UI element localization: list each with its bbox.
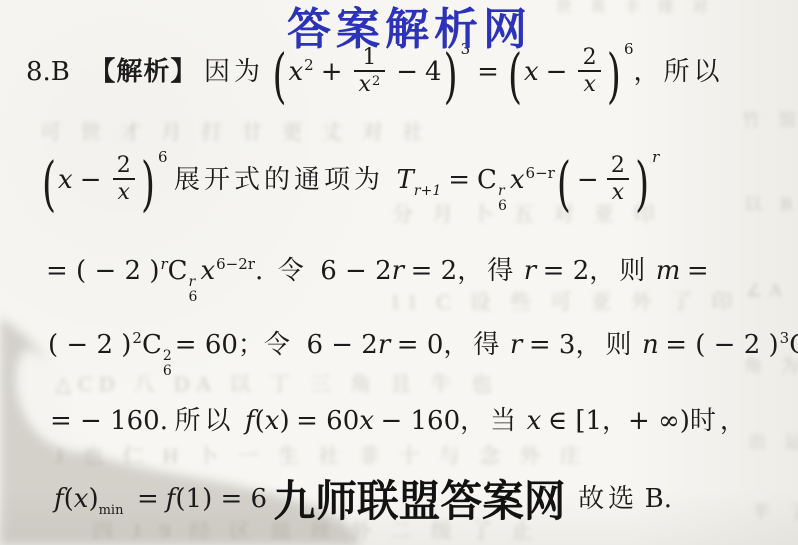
- math-token: =: [477, 57, 499, 87]
- math-token: x: [58, 165, 73, 195]
- paren: ): [607, 48, 621, 107]
- math-token: x: [265, 406, 280, 436]
- math-token: (: [255, 406, 265, 436]
- solution-line-6: f(x)min =f(1) = 6九师联盟答案网故选 B.: [54, 468, 672, 529]
- math-token: C: [142, 330, 162, 360]
- solution-line-3: = ( − 2 )rCr6x6−2r. 令 6 − 2r = 2，得 r = 2…: [46, 250, 709, 304]
- math-token: ): [88, 484, 98, 514]
- math-token: 2: [304, 56, 314, 74]
- fraction: 2x: [578, 45, 600, 98]
- math-token: C: [168, 256, 188, 286]
- math-token: −: [546, 57, 568, 87]
- ghost-text: 竹 馆: [742, 106, 798, 132]
- solution-line-2: (x−2x)6 展开式的通项为 Tr+1=Cr6x6−r(−2x)r: [40, 148, 659, 213]
- analysis-tag: 【解析】: [89, 57, 197, 86]
- math-token: .: [255, 256, 263, 286]
- fraction: 2x: [113, 153, 135, 206]
- binom-coefficient: r6: [189, 275, 198, 304]
- paren: ): [141, 156, 155, 215]
- paren: (: [42, 156, 56, 215]
- math-token: −: [577, 165, 599, 195]
- math-token: f: [245, 406, 255, 436]
- math-token: x: [200, 256, 215, 286]
- math-token: 故选: [578, 484, 638, 513]
- math-token: 6 − 2: [320, 256, 391, 286]
- math-token: r: [510, 330, 522, 360]
- question-number: 8.B: [26, 57, 70, 87]
- math-token: = ( − 2 ): [46, 256, 159, 286]
- math-token: ，得: [457, 256, 517, 285]
- math-token: ，则: [575, 330, 635, 359]
- math-token: T: [397, 165, 414, 195]
- math-token: r: [378, 330, 390, 360]
- paren: ): [635, 156, 649, 215]
- math-token: − 160: [380, 406, 460, 436]
- math-token: ∈ [1，+ ∞): [548, 406, 690, 436]
- math-token: ( − 2 ): [48, 330, 131, 360]
- paren: (: [508, 48, 522, 107]
- ghost-text: ∠A: [746, 280, 789, 301]
- math-token: ，则: [589, 256, 649, 285]
- math-token: C: [789, 330, 798, 360]
- ghost-text: 半 了: [752, 498, 798, 524]
- math-token: +: [321, 57, 343, 87]
- math-token: r+1: [414, 183, 441, 199]
- math-token: n: [642, 330, 659, 360]
- math-token: 6 − 2: [306, 330, 377, 360]
- watermark-top: 答案解析网: [287, 0, 532, 57]
- math-token: 6: [158, 148, 168, 166]
- math-token: min: [99, 503, 124, 518]
- math-token: r: [160, 255, 167, 273]
- math-token: =: [137, 484, 159, 514]
- math-token: x2: [354, 70, 386, 97]
- math-token: 因为: [204, 57, 264, 86]
- math-token: 3: [780, 329, 790, 347]
- paren: (: [272, 48, 286, 107]
- ghost-text: 出 运: [748, 428, 798, 454]
- math-token: f: [54, 484, 64, 514]
- math-token: −: [80, 165, 102, 195]
- math-token: r: [524, 256, 536, 286]
- math-token: 6−2r: [216, 255, 255, 273]
- paren: (: [557, 156, 571, 215]
- ghost-text: J 也 仁 H 卜 一 生 社 非 十 与 念 外 庄: [55, 440, 588, 470]
- watermark-bottom: 九师联盟答案网: [274, 468, 566, 529]
- math-token: =: [687, 256, 709, 286]
- solution-line-5: = − 160. 所以 f(x) = 60x − 160，当 x ∈ [1，+ …: [50, 400, 750, 437]
- math-token: B.: [645, 484, 672, 514]
- paren: ): [444, 48, 458, 107]
- math-token: x: [527, 406, 542, 436]
- math-token: x: [289, 57, 304, 87]
- math-token: 所以: [175, 406, 235, 435]
- math-token: x: [510, 165, 525, 195]
- math-token: C: [477, 165, 497, 195]
- math-token: (: [64, 484, 74, 514]
- scanned-answer-page: 世 英 丰 排 对 可 世 才 月 打 廿 更 丈 对 社 分 月 卜 五 对 …: [0, 0, 798, 545]
- binom-coefficient: 26: [163, 349, 172, 378]
- math-token: x: [359, 406, 374, 436]
- math-token: = 60；: [175, 330, 264, 360]
- solution-line-4: ( − 2 )2C26= 60；令 6 − 2r = 0，得 r = 3，则 n…: [48, 324, 798, 378]
- math-token: 令: [278, 256, 308, 285]
- math-token: = 60: [296, 406, 359, 436]
- math-token: = 3: [529, 330, 576, 360]
- math-token: x: [524, 57, 539, 87]
- math-token: ，得: [443, 330, 503, 359]
- math-token: −: [396, 57, 418, 87]
- math-token: = 0: [397, 330, 444, 360]
- ghost-text: 以 B: [744, 190, 798, 216]
- math-token: 4: [425, 57, 442, 87]
- binom-coefficient: r6: [498, 184, 507, 213]
- math-token: m: [656, 256, 681, 286]
- math-token: 6−r: [526, 164, 555, 182]
- ghost-text: 可 世 才 月 打 廿 更 丈 对 社: [40, 116, 430, 146]
- math-token: x: [74, 484, 89, 514]
- math-token: = ( − 2 ): [665, 330, 778, 360]
- fraction: 2x: [607, 153, 629, 206]
- math-token: r: [392, 256, 404, 286]
- math-token: = − 160.: [50, 406, 168, 436]
- math-token: (1) = 6: [175, 484, 267, 514]
- math-token: = 2: [543, 256, 590, 286]
- math-token: ): [279, 406, 289, 436]
- math-token: 时，: [690, 406, 750, 435]
- math-token: f: [166, 484, 176, 514]
- math-token: r: [652, 148, 659, 166]
- math-token: =: [448, 165, 470, 195]
- math-token: 令: [264, 330, 294, 359]
- math-token: ，所以: [633, 57, 723, 86]
- ghost-text: 世 英 丰 排 对: [556, 0, 715, 17]
- math-token: 6: [624, 40, 634, 58]
- math-token: ，当: [460, 406, 520, 435]
- math-token: = 2: [411, 256, 458, 286]
- math-token: 展开式的通项为: [174, 165, 384, 194]
- math-token: 2: [132, 329, 142, 347]
